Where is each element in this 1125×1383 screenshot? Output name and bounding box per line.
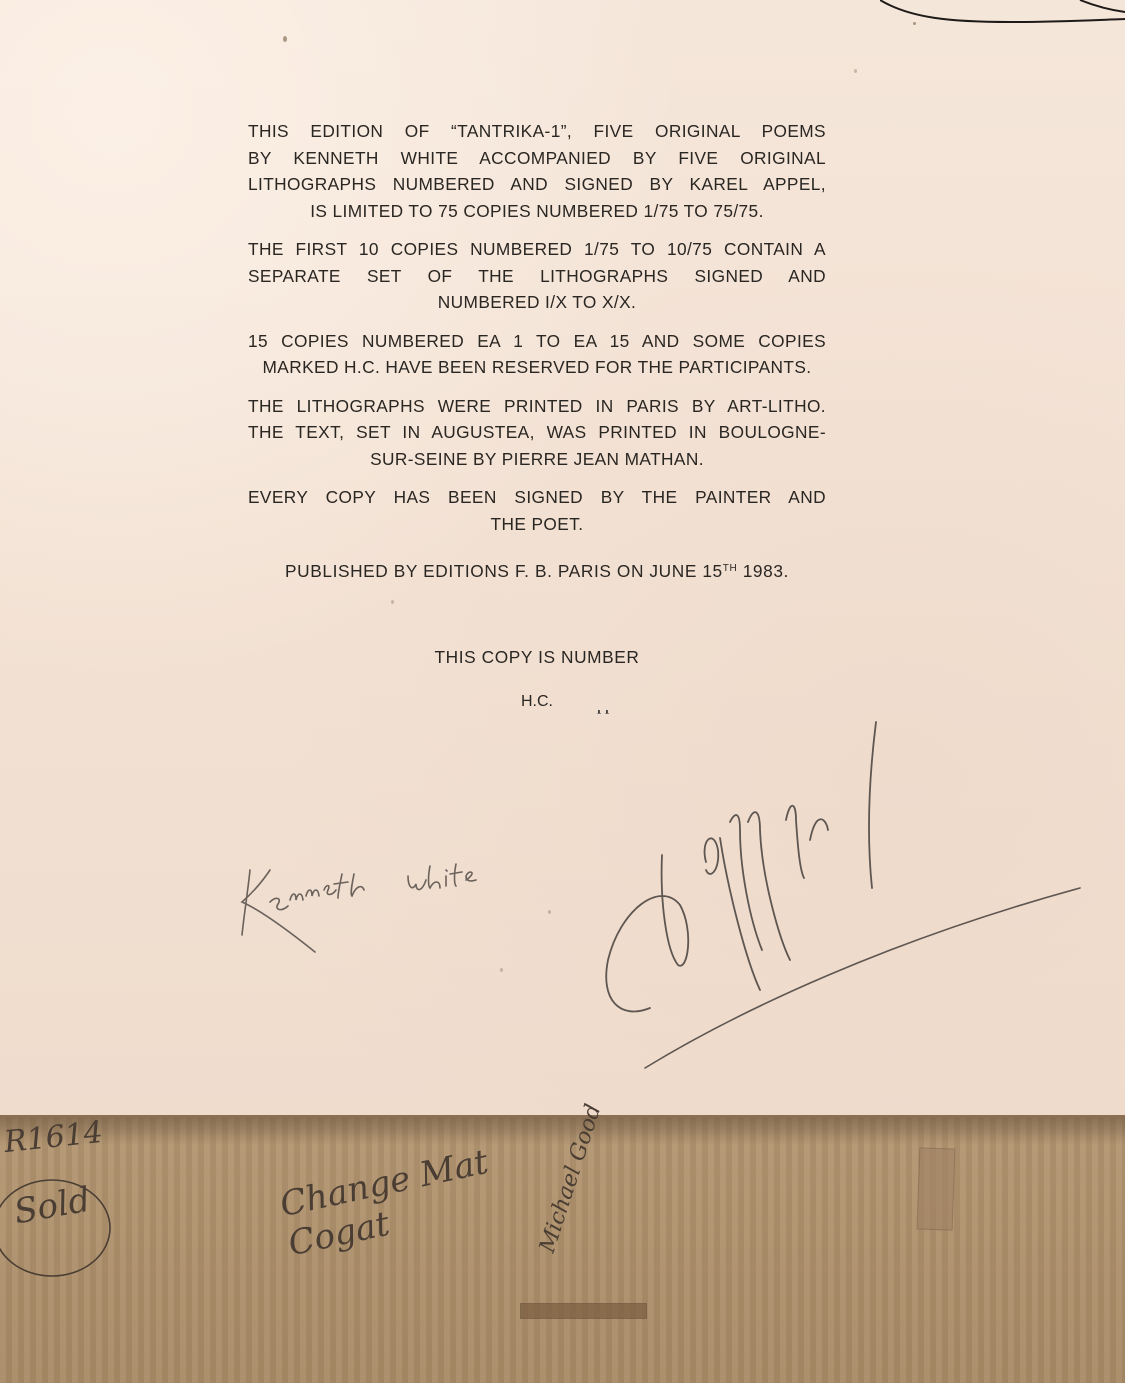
paper-spot — [283, 36, 287, 42]
lithograph-line-fragment — [880, 0, 1125, 30]
colophon-paragraph: THE FIRST 10 COPIES NUMBERED 1/75 TO 10/… — [248, 236, 826, 316]
painter-signature-text: appel — [590, 710, 625, 714]
backing-board: R1614 Sold Change Mat Cogat Michael Good — [0, 1115, 1125, 1383]
colophon-line: THE LITHOGRAPHS WERE PRINTED IN PARIS BY… — [248, 393, 826, 420]
painter-signature: appel — [590, 710, 1090, 1080]
paper-spot — [854, 69, 857, 73]
paper-spot — [391, 600, 394, 604]
colophon-line: BY KENNETH WHITE ACCOMPANIED BY FIVE ORI… — [248, 145, 826, 172]
date-ordinal: TH — [723, 563, 738, 574]
copy-number-label: THIS COPY IS NUMBER — [248, 647, 826, 668]
pencil-notes — [0, 1118, 1125, 1383]
colophon-paragraph: 15 COPIES NUMBERED EA 1 TO EA 15 AND SOM… — [248, 328, 826, 381]
colophon-line: THIS EDITION OF “TANTRIKA-1”, FIVE ORIGI… — [248, 118, 826, 145]
colophon-paragraph: THIS EDITION OF “TANTRIKA-1”, FIVE ORIGI… — [248, 118, 826, 224]
paper-spot — [500, 968, 503, 972]
paper-spot — [913, 22, 916, 25]
colophon-line: EVERY COPY HAS BEEN SIGNED BY THE PAINTE… — [248, 484, 826, 511]
colophon-line: THE TEXT, SET IN AUGUSTEA, WAS PRINTED I… — [248, 419, 826, 446]
colophon-page: THIS EDITION OF “TANTRIKA-1”, FIVE ORIGI… — [0, 0, 1125, 1115]
paper-spot — [548, 910, 551, 914]
poet-signature: Kenneth White — [230, 840, 530, 960]
poet-signature-text: Kenneth White — [230, 840, 327, 844]
colophon-paragraph: THE LITHOGRAPHS WERE PRINTED IN PARIS BY… — [248, 393, 826, 473]
publication-year: 1983. — [737, 561, 789, 581]
colophon-line: NUMBERED I/X TO X/X. — [248, 289, 826, 316]
colophon-line: 15 COPIES NUMBERED EA 1 TO EA 15 AND SOM… — [248, 328, 826, 355]
colophon-text: THIS EDITION OF “TANTRIKA-1”, FIVE ORIGI… — [248, 118, 826, 549]
colophon-line: MARKED H.C. HAVE BEEN RESERVED FOR THE P… — [248, 354, 826, 381]
colophon-line: SEPARATE SET OF THE LITHOGRAPHS SIGNED A… — [248, 263, 826, 290]
colophon-paragraph: EVERY COPY HAS BEEN SIGNED BY THE PAINTE… — [248, 484, 826, 537]
colophon-line: LITHOGRAPHS NUMBERED AND SIGNED BY KAREL… — [248, 171, 826, 198]
publication-text: PUBLISHED BY EDITIONS F. B. PARIS ON JUN… — [285, 561, 723, 581]
colophon-line: IS LIMITED TO 75 COPIES NUMBERED 1/75 TO… — [248, 198, 826, 225]
copy-number-value: H.C. — [248, 693, 826, 711]
colophon-line: THE POET. — [248, 511, 826, 538]
colophon-line: THE FIRST 10 COPIES NUMBERED 1/75 TO 10/… — [248, 236, 826, 263]
colophon-line: SUR-SEINE BY PIERRE JEAN MATHAN. — [248, 446, 826, 473]
publication-line: PUBLISHED BY EDITIONS F. B. PARIS ON JUN… — [248, 561, 826, 582]
